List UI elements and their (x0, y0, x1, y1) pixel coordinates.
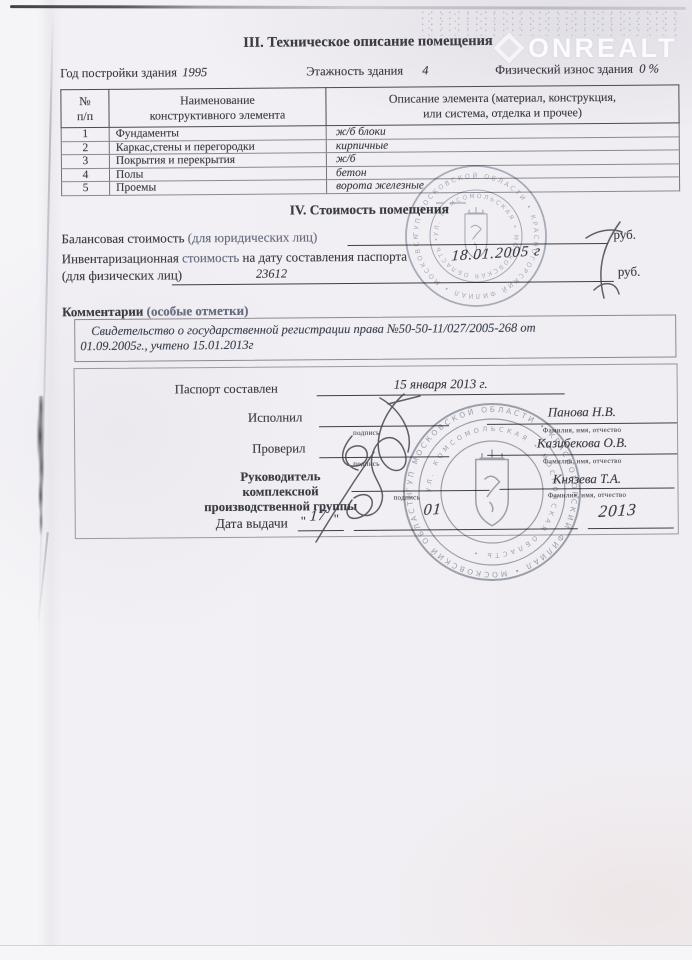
round-stamp-lower: ГУП МОСКОВСКОЙ ОБЛАСТИ • КРАСНОГОРСКИЙ Ф… (400, 400, 584, 584)
header-desc: Описание элемента (материал, конструкция… (326, 85, 679, 126)
construction-table: № п/п Наименование конструктивного элеме… (60, 84, 680, 195)
checker-sign-caption: подпись (353, 460, 380, 468)
header-num-l1: № (79, 94, 91, 108)
scanned-document-page: ONREALT III. Техническое описание помеще… (0, 0, 692, 960)
round-stamp-upper: ГУП МОСКОВСКОЙ ОБЛАСТИ • КРАСНОГОРСКИЙ Ф… (402, 162, 550, 310)
header-num: № п/п (61, 89, 109, 127)
row-num: 2 (61, 141, 109, 155)
executor-sign-caption: подпись (353, 429, 380, 437)
balance-label-main: Балансовая стоимость (61, 230, 184, 246)
wear-value: 0 % (639, 62, 659, 77)
stamp1-ring-outer-text: ГУП МОСКОВСКОЙ ОБЛАСТИ • КРАСНОГОРСКИЙ Ф… (402, 162, 540, 300)
wear-label: Физический износ здания (495, 62, 633, 78)
floors-label: Этажность здания (306, 64, 403, 80)
table-header-row: № п/п Наименование конструктивного элеме… (61, 85, 679, 128)
row-num: 1 (61, 127, 109, 141)
header-desc-l1: Описание элемента (материал, конструкция… (389, 89, 616, 105)
row-num: 4 (61, 168, 109, 182)
stamp2-ring-inner-text: УЛ. КОМСОМОЛЬСКАЯ • МОСКОВСКАЯ ОБЛАСТЬ • (425, 425, 559, 559)
section4-title: IV. Стоимость помещения (0, 199, 692, 221)
balance-label-paren: (для юридических лиц) (188, 229, 318, 245)
issue-date-label: Дата выдачи (216, 515, 288, 532)
comments-label-main: Комментарии (62, 304, 143, 320)
header-name: Наименование конструктивного элемента (109, 88, 326, 128)
head-label-l1: Руководитель комплексной (240, 469, 320, 499)
comments-box: Свидетельство о государственной регистра… (74, 314, 676, 362)
svg-text:ГУП МОСКОВСКОЙ ОБЛАСТИ • КРАСН: ГУП МОСКОВСКОЙ ОБЛАСТИ • КРАСНОГОРСКИЙ Ф… (402, 162, 540, 300)
head-label: Руководитель комплексной производственно… (201, 469, 359, 515)
executor-label: Исполнил (248, 410, 303, 425)
year-built-value: 1995 (182, 65, 207, 80)
compiled-date-value: 15 января 2013 г. (331, 375, 551, 393)
inventory-cost-label: Инвентаризационная стоимость на дату сос… (62, 249, 408, 268)
issue-year-handwritten: 2013 (598, 500, 638, 522)
inventory-unit: руб. (618, 264, 641, 280)
floors-value: 4 (422, 63, 428, 78)
comments-line1: Свидетельство о государственной регистра… (91, 321, 536, 339)
year-built-label: Год постройки здания (60, 65, 177, 81)
compiled-label: Паспорт составлен (175, 382, 278, 398)
stamp1-ring-inner-text: УЛ. КОМСОМОЛЬСКАЯ • МОСКОВСКАЯ ОБЛАСТЬ • (433, 193, 519, 279)
inventory-label-3: на дату составления паспорта (242, 249, 407, 265)
section3-title: III. Техническое описание помещения (0, 31, 692, 54)
checker-label: Проверил (252, 441, 305, 456)
row-num: 3 (61, 154, 109, 168)
row-num: 5 (62, 181, 110, 195)
comments-label-paren: (особые отметки) (147, 303, 249, 319)
header-name-l2: конструктивного элемента (150, 107, 286, 122)
inventory-label-1: Инвентаризационная (62, 250, 179, 266)
svg-text:УЛ. КОМСОМОЛЬСКАЯ • МОСКОВСКАЯ: УЛ. КОМСОМОЛЬСКАЯ • МОСКОВСКАЯ ОБЛАСТЬ • (425, 425, 559, 559)
balance-cost-label: Балансовая стоимость (для юридических ли… (61, 229, 317, 247)
header-name-l1: Наименование (180, 92, 255, 107)
comments-line2: 01.09.2005г., учтено 15.01.2013г (80, 338, 253, 354)
issue-day-line (298, 515, 344, 531)
inventory-label-2: стоимость (182, 250, 239, 265)
header-num-l2: п/п (77, 109, 93, 123)
balance-unit: руб. (613, 227, 636, 243)
svg-text:УЛ. КОМСОМОЛЬСКАЯ • МОСКОВСКАЯ: УЛ. КОМСОМОЛЬСКАЯ • МОСКОВСКАЯ ОБЛАСТЬ • (433, 193, 519, 279)
header-desc-l2: или система, отделка и прочее) (423, 105, 582, 120)
document-content: III. Техническое описание помещения Год … (0, 0, 692, 960)
individuals-label: (для физических лиц) (62, 267, 182, 284)
row-name: Проемы (110, 180, 327, 195)
